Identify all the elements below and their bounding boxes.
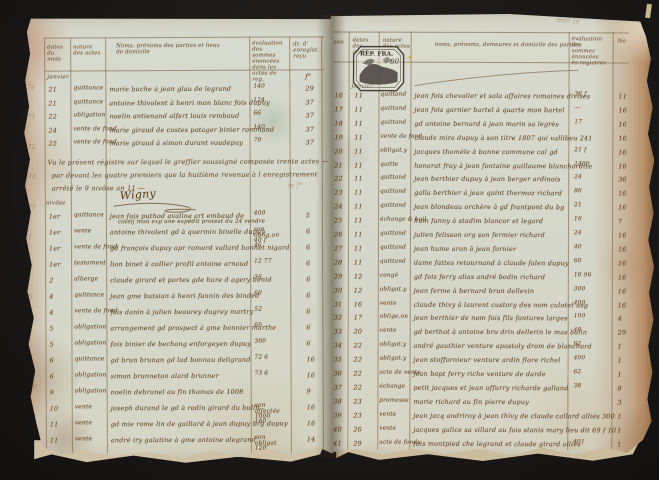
cell-parties: claude thivy à laurent custorg des nom c… — [414, 300, 588, 309]
cell-date: 11 — [354, 92, 374, 100]
cell-date: 11 — [354, 244, 374, 252]
cell-droit: 6 — [306, 339, 326, 347]
cell-somme: 124 — [253, 98, 287, 104]
cell-num: 28 — [334, 258, 347, 266]
cell-somme: 300 — [254, 340, 288, 346]
stamp-value: 80 — [390, 58, 399, 66]
header-sommes: évaluation des sommes énoncées dans les … — [252, 41, 288, 83]
cell-droit: 16 — [618, 134, 636, 142]
month-label: janvier — [47, 74, 69, 80]
cell-droit: 1 — [618, 343, 636, 351]
cell-date: 16 — [354, 300, 374, 308]
cell-num: 20 — [334, 147, 347, 155]
cell-parties: antoine thivolent à henri mon blanc fois… — [109, 98, 270, 107]
edge-mark-row: 10 — [23, 381, 333, 397]
cell-date: 6 — [50, 372, 70, 380]
cell-date: 26 — [353, 425, 373, 433]
edge-mark: 3 — [28, 263, 32, 271]
cell-somme: 62 — [574, 342, 610, 348]
cell-num: 38 — [333, 397, 346, 405]
cell-num: 32 — [334, 314, 347, 322]
cell-num: 29 — [334, 272, 347, 280]
edge-mark: 8 — [28, 353, 32, 361]
cell-somme: 36 f — [574, 92, 610, 98]
cell-date: 11 — [354, 258, 374, 266]
cell-parties: petit jacques et jean offurry richarde g… — [413, 384, 568, 393]
cell-somme: 16 96 — [574, 273, 610, 279]
cell-date: 10 — [50, 404, 70, 412]
stamp-label: RÉP. FRA. — [360, 50, 393, 58]
header-num: son — [334, 39, 348, 45]
edge-mark: 5 — [28, 293, 32, 301]
cell-num: 31 — [334, 300, 347, 308]
cell-droit: 16 — [307, 371, 327, 379]
cell-parties: gd antoine bernard à jean morin sa legrè… — [414, 120, 559, 129]
cell-num: 33 — [334, 328, 347, 336]
cell-somme: 401 — [573, 440, 609, 446]
cell-num: 23 — [334, 189, 347, 197]
cell-nature: vente — [379, 425, 408, 431]
header-date: dates du mois — [47, 44, 69, 62]
cell-num: 24 — [334, 203, 347, 211]
cell-parties: simon brunneton alard brunner — [111, 372, 219, 380]
cell-date: 22 — [354, 356, 374, 364]
cell-nature: vente — [380, 328, 409, 334]
cell-num: 35 — [334, 356, 347, 364]
cell-nature: vente — [379, 411, 408, 417]
cell-nature: obligat.y — [380, 286, 409, 292]
folio-mark: f° — [305, 72, 311, 80]
pen-stroke — [413, 64, 583, 91]
cell-num: 16 — [334, 91, 347, 99]
cell-nature: quittand — [380, 106, 409, 112]
cell-parties-line2: coteij mon exp une expédit protest du 24… — [118, 219, 265, 226]
edge-mark-row: 11 — [23, 411, 333, 427]
photo-background: dates du mois nature des actes Noms, pré… — [0, 0, 659, 480]
cell-droit: 36 — [618, 176, 636, 184]
cell-somme: 62 — [574, 370, 610, 376]
cell-parties: andré gauthier venture apostoly drom de … — [414, 342, 592, 351]
cell-droit: 8 — [617, 384, 635, 392]
register-section-2: 1er quittance jean fois puthod avaline a… — [21, 17, 331, 18]
cell-num: 19 — [334, 133, 347, 141]
edge-mark-row: 6 — [22, 321, 332, 337]
cell-date: 11 — [354, 217, 374, 225]
cell-date: 11 — [354, 231, 374, 239]
edge-mark: 10 — [29, 383, 37, 391]
cell-somme: 400 — [574, 301, 610, 307]
cell-parties: fois danin à julien beaurey dugrey martr… — [110, 308, 253, 317]
cell-date: 22 — [353, 383, 373, 391]
cell-parties: jean fois garnier bartel à quarte mon ba… — [414, 106, 564, 115]
revenue-stamp: RÉP. FRA. 80 — [353, 46, 405, 92]
cell-num: 27 — [334, 244, 347, 252]
cell-parties: jacques thomèle à bonne commune cal gd — [414, 147, 558, 156]
cell-droit: 1 — [617, 426, 635, 434]
cell-date: 11 — [354, 119, 374, 127]
cell-droit: 16 — [618, 204, 636, 212]
cell-somme: 38 — [573, 384, 609, 390]
edge-mark-row: 8 — [22, 351, 332, 367]
cell-parties: hum fanny à stadim blancor et legard — [414, 217, 543, 225]
edge-mark: 75 — [28, 203, 36, 211]
cell-date: 11 — [354, 133, 374, 141]
cell-parties: fois binier de bechong enforgeyen dupuy — [110, 340, 251, 349]
cell-date: 11 — [354, 203, 374, 211]
cell-parties: jean berthier de nom fois fils fontures … — [414, 314, 568, 323]
cell-date: 2 — [49, 276, 69, 284]
cell-date: 5 — [49, 340, 69, 348]
cell-nature: quittand — [380, 92, 409, 98]
cell-somme: 24 — [574, 176, 610, 182]
cell-somme: — — [574, 106, 610, 112]
cell-nature: obligat.y — [380, 147, 409, 153]
cell-droit: 16 — [618, 106, 636, 114]
cell-num: 18 — [334, 119, 347, 127]
cell-date: 22 — [354, 342, 374, 350]
cell-droit: 16 — [307, 403, 327, 411]
cell-num: 36 — [334, 369, 347, 377]
left-page: dates du mois nature des actes Noms, pré… — [21, 17, 333, 458]
edge-mark: 11 — [29, 413, 37, 421]
cell-somme: 40 — [574, 329, 610, 335]
cell-date: 11 — [354, 147, 374, 155]
cell-droit: 16 — [618, 148, 636, 156]
cell-num: 25 — [334, 217, 347, 225]
cell-nature: vente — [75, 404, 107, 410]
cell-num: 26 — [334, 230, 347, 238]
corner-scrawl: mai fy — [557, 16, 580, 24]
cell-droit: 16 — [618, 259, 636, 267]
cell-somme: 400 — [574, 356, 610, 362]
cell-parties: dame fattes retournand à claude falen du… — [414, 259, 569, 268]
cell-num: 34 — [334, 342, 347, 350]
cell-date: 11 — [354, 161, 374, 169]
cell-droit: 1 — [617, 412, 635, 420]
cell-parties: claude mira dupuy à son titre 1807 qui v… — [414, 133, 592, 142]
cell-num: 40 — [333, 425, 346, 433]
cell-nature: vente de fond — [380, 133, 409, 139]
cell-droit: 16 — [618, 231, 636, 239]
cell-date: 20 — [354, 328, 374, 336]
cell-nature: quittand — [380, 244, 409, 250]
cell-nature: oblige.on — [380, 314, 409, 320]
edge-mark-row: 74 — [22, 171, 332, 187]
cell-droit: 14 — [307, 435, 327, 443]
register-section-1: 21 quittance marie buche à jean glau de … — [21, 17, 331, 18]
cell-nature: obligat.y — [380, 342, 409, 348]
cell-parties: jean berthier dupuy à jean berger ardino… — [414, 175, 560, 184]
cell-num: 22 — [334, 175, 347, 183]
cell-droit: 7 — [618, 218, 636, 226]
table-top-rule — [44, 36, 324, 38]
cell-droit: 6 — [306, 307, 326, 315]
cell-parties: jean ferme à bernard brun dellexin — [414, 286, 534, 294]
cell-nature: vente — [75, 436, 107, 442]
cell-nature: quittand — [380, 231, 409, 237]
closing-note-line: Vu le présent régistre sur lequel le gre… — [48, 157, 329, 166]
cell-nature: échange & bail — [380, 217, 409, 223]
cell-date: 11 — [354, 105, 374, 113]
cell-num: 21 — [334, 161, 347, 169]
header-names: Noms, prénoms des parties et lieux de do… — [116, 43, 246, 56]
cell-somme: 86 — [574, 190, 610, 196]
edge-mark: 72 — [28, 143, 36, 151]
cell-somme: 52 — [254, 308, 288, 314]
cell-date: 17 — [354, 314, 374, 322]
cell-nature: quitte — [380, 161, 409, 167]
cell-date: 23 — [353, 411, 373, 419]
cell-droit: 6 — [306, 275, 326, 283]
edge-folio-marks: 7e 71 72 74 75 1 3 5 6 8 — [21, 17, 331, 18]
yellow-speck — [409, 56, 412, 59]
cell-parties: gd fois ferry alias andré bodin richard — [414, 272, 545, 280]
cell-nature: quittand — [380, 189, 409, 195]
cell-somme: 24 — [574, 231, 610, 237]
cell-date: 4 — [49, 308, 69, 316]
edge-mark-row: 5 — [22, 291, 332, 307]
cell-nature: acte de vente — [380, 370, 409, 376]
header-droit: dr. d' enregist. reçu — [293, 41, 319, 59]
cell-date: 21 — [48, 99, 68, 107]
edge-mark: 71 — [27, 113, 35, 121]
paper-sliver — [645, 4, 652, 19]
cell-date: 23 — [353, 397, 373, 405]
cell-parties: jean jacq andriroy à jean thivy de claud… — [413, 411, 615, 420]
cell-parties: galla berthier à jean quint thermoz rich… — [414, 189, 562, 198]
cell-parties: jacques galice sa villard au fois stanis… — [413, 425, 616, 434]
cell-parties: julien felisson org son fermier richard — [414, 231, 545, 239]
cell-droit: 29 — [618, 329, 636, 337]
cell-date: 11 — [50, 436, 70, 444]
cell-nature: vente — [380, 300, 409, 306]
cell-nature: quittance — [73, 99, 105, 105]
cell-parties: jean hume aron à jean fornier — [414, 245, 516, 253]
edge-mark-row: 71 — [21, 111, 331, 127]
cell-parties: andré iry galatine à gme antoine alegran… — [111, 436, 256, 445]
right-page: son dates des actes nature des actes nom… — [329, 13, 655, 456]
cell-somme: 1400 — [574, 162, 610, 168]
cell-date: 12 — [354, 286, 374, 294]
cell-parties: jean bapt ferry riche venture de darde — [414, 370, 546, 378]
cell-parties: fois montpied che legrand et claude gira… — [413, 439, 581, 448]
cell-date: 29 — [353, 439, 373, 447]
cell-nature: échange — [379, 383, 408, 389]
cell-droit: 3 — [617, 398, 635, 406]
cell-date: 12 — [354, 272, 374, 280]
cell-num: 39 — [333, 411, 346, 419]
register-rows: 16 11 quittand jean fois chevalier et sa… — [331, 13, 655, 14]
cell-parties: marie richard au fin pierre dupuy — [413, 398, 529, 406]
cell-droit: 16 — [618, 245, 636, 253]
edge-mark-row: 72 — [22, 141, 332, 157]
edge-mark: 1 — [28, 233, 32, 241]
cell-nature: quittand — [380, 175, 409, 181]
header-nature: nature des actes — [73, 44, 103, 56]
edge-mark: 6 — [28, 323, 32, 331]
cell-date: 22 — [354, 370, 374, 378]
cell-parties: jean stoffornieur venture ardin flore ri… — [414, 356, 561, 365]
cell-date: 11 — [354, 175, 374, 183]
cell-somme: 21 f — [574, 148, 610, 154]
cell-nature: congé — [380, 272, 409, 278]
edge-mark: 7e — [27, 83, 35, 91]
cell-somme: 60 — [574, 259, 610, 265]
header-sommes: évaluation des sommes énoncées ès regist… — [572, 36, 612, 66]
cell-somme: 300 — [574, 287, 610, 293]
cell-num: 41 — [333, 439, 346, 447]
cell-droit: 16 — [618, 273, 636, 281]
edge-mark-row: 7e — [21, 81, 331, 97]
cell-somme: 73 6 — [255, 372, 289, 378]
cell-droit: 11 — [618, 92, 636, 100]
cell-num: 17 — [334, 105, 347, 113]
cell-parties: jean blondeau orchère à gd frantpont du … — [414, 203, 564, 212]
cell-droit: 16 — [618, 190, 636, 198]
cell-droit: 16 — [618, 120, 636, 128]
cell-droit: 37 — [305, 98, 325, 106]
cell-droit: 4 — [618, 315, 636, 323]
cell-nature: obligation — [74, 340, 106, 346]
cell-nature: quittand — [380, 203, 409, 209]
cell-droit: 16 — [618, 162, 636, 170]
cell-nature: promesse — [379, 397, 408, 403]
cell-somme: 40 — [574, 245, 610, 251]
cell-somme: son obligat 120 — [255, 436, 289, 453]
cell-date: 11 — [354, 189, 374, 197]
cell-droit: 1 — [618, 357, 636, 365]
cell-somme: 17 — [574, 120, 610, 126]
edge-mark-row: 1 — [22, 231, 332, 247]
cell-somme: 16 — [574, 217, 610, 223]
cell-nature: acte de fonds — [379, 439, 408, 445]
cell-num: 30 — [334, 286, 347, 294]
cell-nature: quittand — [380, 258, 409, 264]
cell-parties: jean fois chevalier et sala affaires rom… — [414, 92, 590, 101]
cell-nature: obligation — [75, 372, 107, 378]
edge-mark-row: 3 — [22, 261, 332, 277]
table-row: 2 alberge claude girard et portes gde hu… — [22, 275, 332, 291]
cell-somme: 21 — [574, 203, 610, 209]
cell-parties: honorat fray à jean fontaine guillaume b… — [414, 161, 592, 170]
edge-mark-row: 75 — [22, 201, 332, 217]
header-droit: No — [618, 38, 632, 44]
table-top-rule — [333, 31, 629, 33]
edge-mark: 74 — [28, 173, 36, 181]
cell-nature: vente de fond — [74, 308, 106, 314]
cell-somme: 100 — [574, 315, 610, 321]
cell-droit: 1 — [618, 370, 636, 378]
cell-nature: obligat.y — [380, 356, 409, 362]
cell-nature: quittand — [380, 119, 409, 125]
table-row: 11 vente andré iry galatine à gme antoin… — [23, 435, 333, 451]
cell-num: 37 — [333, 383, 346, 391]
cell-droit: 16 — [618, 301, 636, 309]
cell-droit: 1 — [617, 440, 635, 448]
cell-droit: 16 — [618, 287, 636, 295]
cell-parties: gd berthot à antoine bru drin dellerin l… — [414, 328, 587, 337]
